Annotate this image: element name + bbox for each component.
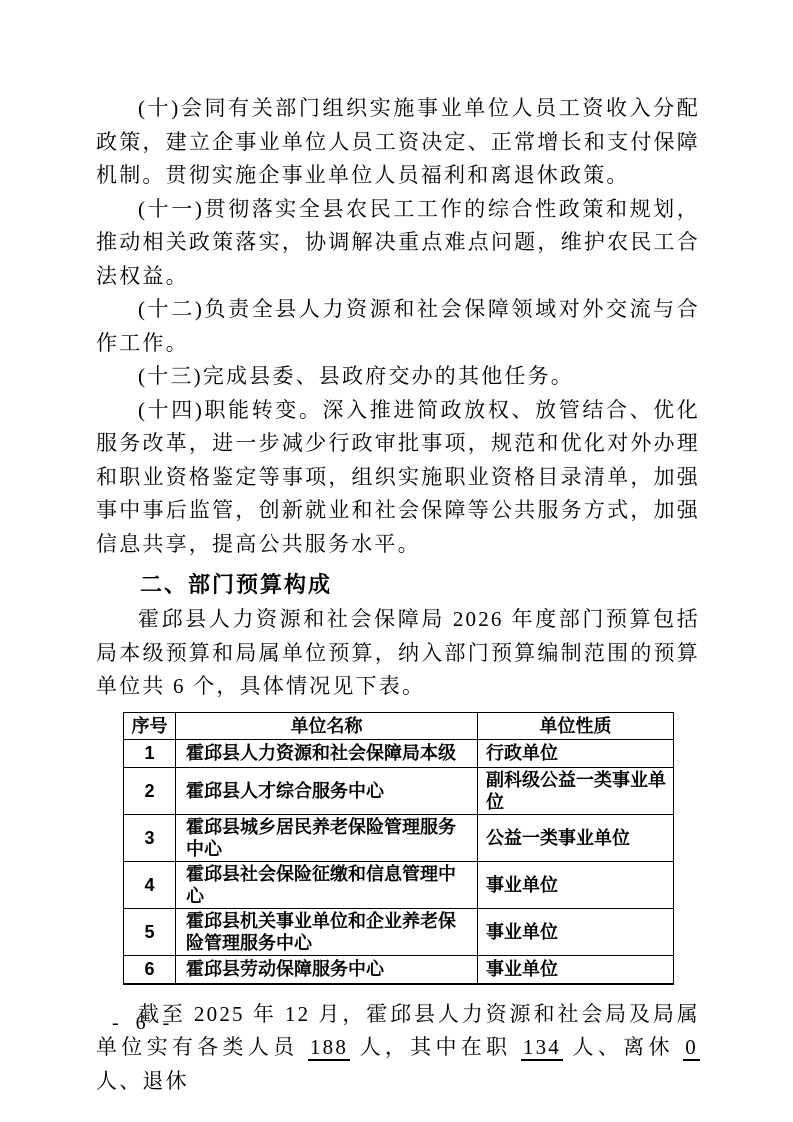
cell-unit-nature: 公益一类事业单位 <box>478 814 674 861</box>
staff-total-count: 188 <box>308 1035 350 1061</box>
paragraph-duty-12: (十二)负责全县人力资源和社会保障领域对外交流与合作工作。 <box>96 293 700 360</box>
budget-units-table: 序号 单位名称 单位性质 1 霍邱县人力资源和社会保障局本级 行政单位 2 霍邱… <box>123 712 674 985</box>
cell-unit-name: 霍邱县机关事业单位和企业养老保险管理服务中心 <box>176 908 478 955</box>
table-header-nature: 单位性质 <box>478 712 674 739</box>
cell-no: 5 <box>124 908 176 955</box>
table-header-no: 序号 <box>124 712 176 739</box>
table-row: 2 霍邱县人才综合服务中心 副科级公益一类事业单位 <box>124 767 674 814</box>
table-row: 6 霍邱县劳动保障服务中心 事业单位 <box>124 955 674 984</box>
table-row: 3 霍邱县城乡居民养老保险管理服务中心 公益一类事业单位 <box>124 814 674 861</box>
document-page: (十)会同有关部门组织实施事业单位人员工资收入分配政策，建立企事业单位人员工资决… <box>0 0 793 1122</box>
table-row: 4 霍邱县社会保险征缴和信息管理中心 事业单位 <box>124 861 674 908</box>
cell-unit-name: 霍邱县人力资源和社会保障局本级 <box>176 739 478 767</box>
paragraph-duty-14: (十四)职能转变。深入推进简政放权、放管结合、优化服务改革，进一步减少行政审批事… <box>96 394 700 562</box>
paragraph-duty-10: (十)会同有关部门组织实施事业单位人员工资收入分配政策，建立企事业单位人员工资决… <box>96 92 700 193</box>
cell-no: 4 <box>124 861 176 908</box>
table-row: 5 霍邱县机关事业单位和企业养老保险管理服务中心 事业单位 <box>124 908 674 955</box>
closing-text-segment: 人，其中在职 <box>350 1035 521 1059</box>
table-row: 1 霍邱县人力资源和社会保障局本级 行政单位 <box>124 739 674 767</box>
closing-text-segment: 人、离休 <box>563 1035 683 1059</box>
table-header-row: 序号 单位名称 单位性质 <box>124 712 674 739</box>
cell-unit-nature: 事业单位 <box>478 861 674 908</box>
cell-unit-nature: 副科级公益一类事业单位 <box>478 767 674 814</box>
cell-unit-name: 霍邱县城乡居民养老保险管理服务中心 <box>176 814 478 861</box>
paragraph-duty-11: (十一)贯彻落实全县农民工工作的综合性政策和规划，推动相关政策落实，协调解决重点… <box>96 193 700 294</box>
page-number: - 6 - <box>112 1012 175 1035</box>
cell-unit-name: 霍邱县人才综合服务中心 <box>176 767 478 814</box>
cell-no: 6 <box>124 955 176 984</box>
closing-text-segment: 人、退休 <box>96 1069 189 1093</box>
closing-paragraph: 截至 2025 年 12 月，霍邱县人力资源和社会局及局属单位实有各类人员 18… <box>96 998 700 1099</box>
cell-unit-name: 霍邱县劳动保障服务中心 <box>176 955 478 984</box>
cell-unit-nature: 行政单位 <box>478 739 674 767</box>
cell-unit-nature: 事业单位 <box>478 955 674 984</box>
cell-no: 1 <box>124 739 176 767</box>
document-body: (十)会同有关部门组织实施事业单位人员工资收入分配政策，建立企事业单位人员工资决… <box>96 92 700 1098</box>
cell-no: 2 <box>124 767 176 814</box>
section-heading: 二、部门预算构成 <box>96 566 700 603</box>
paragraph-duty-13: (十三)完成县委、县政府交办的其他任务。 <box>96 360 700 394</box>
staff-active-count: 134 <box>521 1035 563 1061</box>
staff-lixiu-count: 0 <box>683 1035 700 1061</box>
intro-paragraph: 霍邱县人力资源和社会保障局 2026 年度部门预算包括局本级预算和局属单位预算，… <box>96 603 700 704</box>
cell-unit-nature: 事业单位 <box>478 908 674 955</box>
cell-unit-name: 霍邱县社会保险征缴和信息管理中心 <box>176 861 478 908</box>
cell-no: 3 <box>124 814 176 861</box>
table-header-name: 单位名称 <box>176 712 478 739</box>
